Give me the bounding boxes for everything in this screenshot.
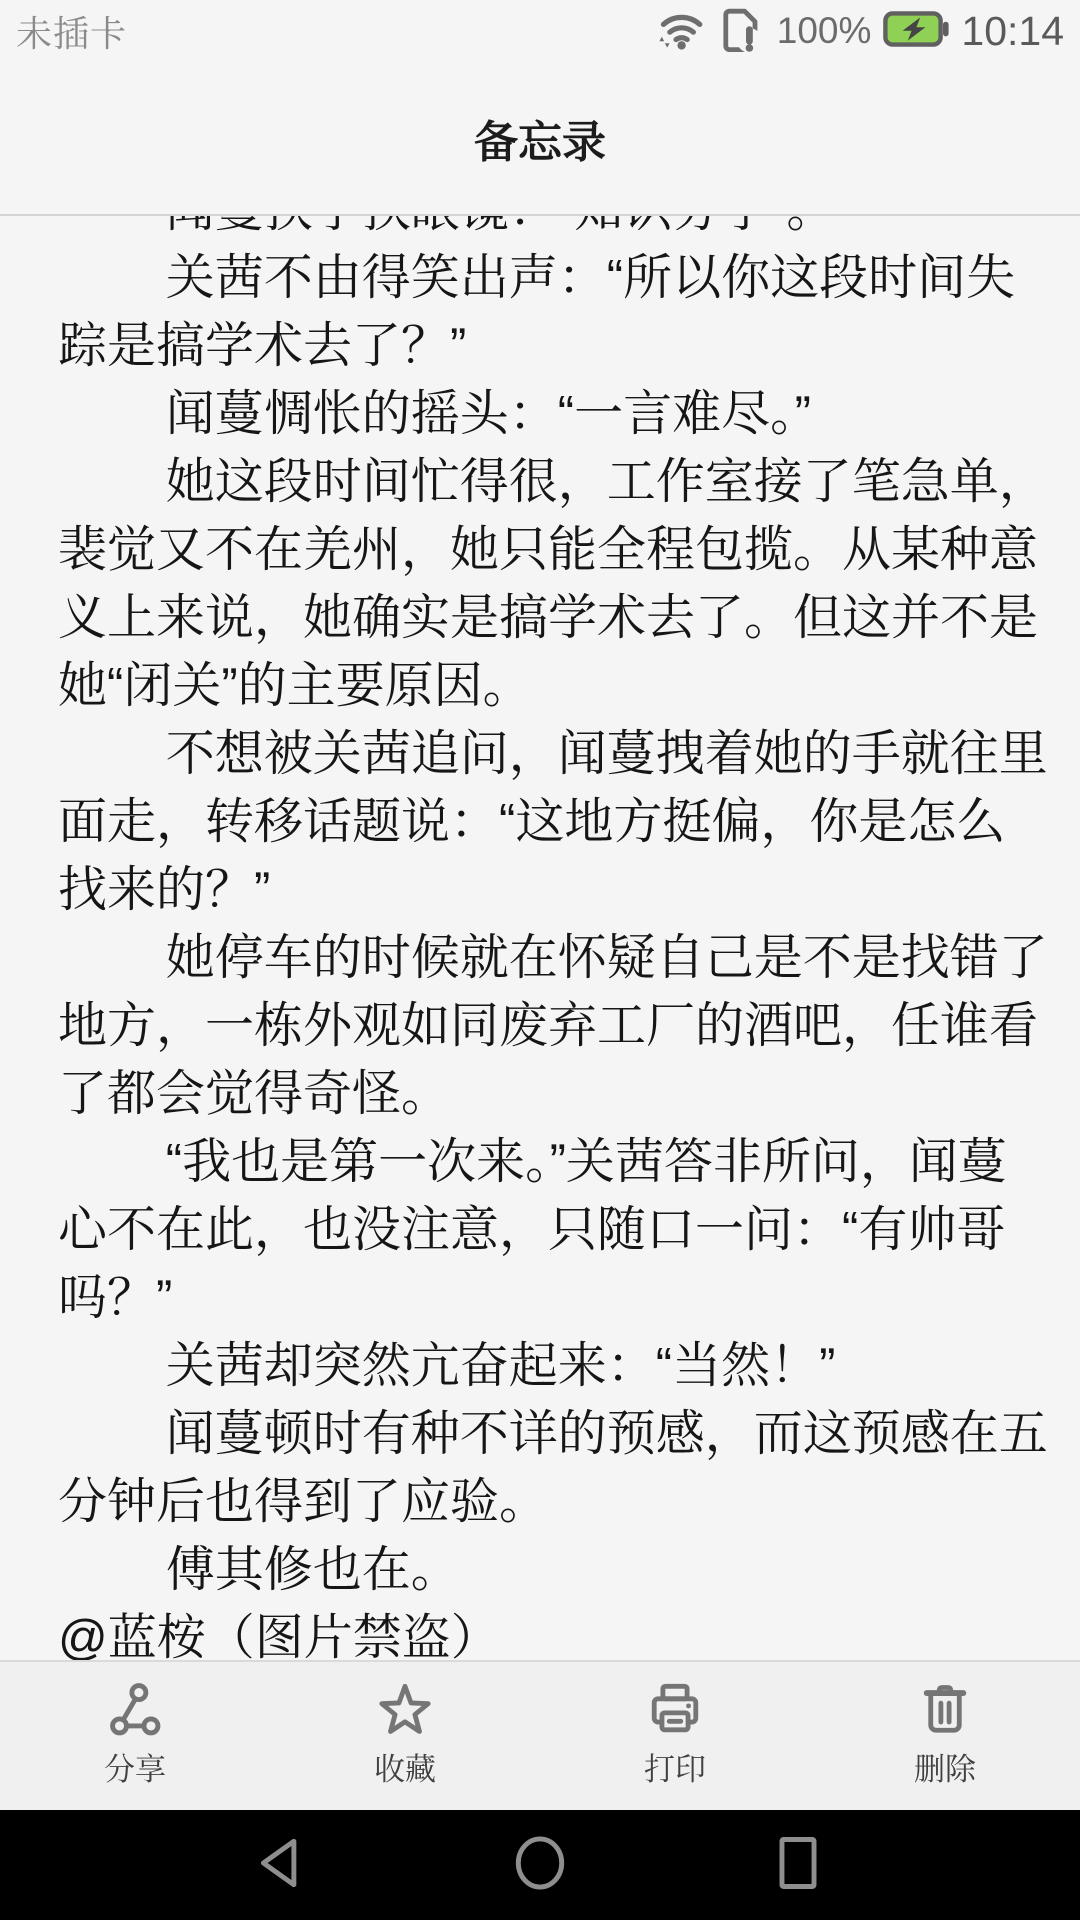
battery-charging-icon bbox=[883, 11, 949, 52]
text-line: 找来的？” bbox=[58, 856, 1058, 924]
memo-app-screen: 未插卡 bbox=[0, 0, 1080, 1920]
text-line: 分钟后也得到了应验。 bbox=[58, 1468, 1058, 1536]
app-header: 备忘录 bbox=[0, 62, 1080, 216]
back-icon bbox=[251, 1832, 313, 1899]
text-line: 不想被关茜追问，闻蔓拽着她的手就往里 bbox=[58, 720, 1058, 788]
status-bar: 未插卡 bbox=[0, 0, 1080, 62]
home-button[interactable] bbox=[505, 1830, 575, 1900]
favorite-label: 收藏 bbox=[374, 1744, 436, 1789]
print-label: 打印 bbox=[644, 1744, 706, 1789]
text-line: 闻蔓扶了扶眼镜：“知识分子”。 bbox=[58, 216, 1058, 244]
no-sim-icon bbox=[719, 4, 765, 59]
text-line: 她“闭关”的主要原因。 bbox=[58, 652, 1058, 720]
clock: 10:14 bbox=[961, 8, 1064, 55]
page-title: 备忘录 bbox=[474, 106, 606, 170]
favorite-button[interactable]: 收藏 bbox=[270, 1662, 540, 1810]
share-label: 分享 bbox=[104, 1744, 166, 1789]
text-line: 心不在此，也没注意，只随口一问：“有帅哥 bbox=[58, 1196, 1058, 1264]
trash-icon bbox=[916, 1680, 974, 1738]
text-line: @蓝桉（图片禁盗） bbox=[58, 1604, 1058, 1660]
carrier-label: 未插卡 bbox=[16, 6, 127, 57]
memo-content[interactable]: 闻蔓扶了扶眼镜：“知识分子”。关茜不由得笑出声：“所以你这段时间失踪是搞学术去了… bbox=[0, 216, 1080, 1660]
delete-label: 删除 bbox=[914, 1744, 976, 1789]
status-icons: 100% 10:14 bbox=[655, 4, 1064, 59]
text-line: 吗？” bbox=[58, 1264, 1058, 1332]
text-line: 傅其修也在。 bbox=[58, 1536, 1058, 1604]
share-button[interactable]: 分享 bbox=[0, 1662, 270, 1810]
recents-button[interactable] bbox=[763, 1830, 833, 1900]
text-line: 踪是搞学术去了？” bbox=[58, 312, 1058, 380]
text-line: 了都会觉得奇怪。 bbox=[58, 1060, 1058, 1128]
text-line: 关茜不由得笑出声：“所以你这段时间失 bbox=[58, 244, 1058, 312]
home-icon bbox=[509, 1832, 571, 1899]
text-line: 地方，一栋外观如同废弃工厂的酒吧，任谁看 bbox=[58, 992, 1058, 1060]
back-button[interactable] bbox=[247, 1830, 317, 1900]
text-line: “我也是第一次来。”关茜答非所问，闻蔓 bbox=[58, 1128, 1058, 1196]
star-icon bbox=[376, 1680, 434, 1738]
action-toolbar: 分享 收藏 打印 bbox=[0, 1660, 1080, 1810]
wifi-icon bbox=[655, 4, 707, 59]
android-nav-bar bbox=[0, 1810, 1080, 1920]
battery-percent: 100% bbox=[777, 10, 872, 52]
text-line: 闻蔓惆怅的摇头：“一言难尽。” bbox=[58, 380, 1058, 448]
text-line: 裴觉又不在羌州，她只能全程包揽。从某种意 bbox=[58, 516, 1058, 584]
share-icon bbox=[106, 1680, 164, 1738]
text-line: 她这段时间忙得很，工作室接了笔急单， bbox=[58, 448, 1058, 516]
text-line: 她停车的时候就在怀疑自己是不是找错了 bbox=[58, 924, 1058, 992]
text-line: 面走，转移话题说：“这地方挺偏，你是怎么 bbox=[58, 788, 1058, 856]
print-button[interactable]: 打印 bbox=[540, 1662, 810, 1810]
recents-icon bbox=[767, 1832, 829, 1899]
text-line: 关茜却突然亢奋起来：“当然！” bbox=[58, 1332, 1058, 1400]
text-line: 义上来说，她确实是搞学术去了。但这并不是 bbox=[58, 584, 1058, 652]
printer-icon bbox=[646, 1680, 704, 1738]
memo-text: 闻蔓扶了扶眼镜：“知识分子”。关茜不由得笑出声：“所以你这段时间失踪是搞学术去了… bbox=[58, 216, 1058, 1660]
text-line: 闻蔓顿时有种不详的预感，而这预感在五 bbox=[58, 1400, 1058, 1468]
delete-button[interactable]: 删除 bbox=[810, 1662, 1080, 1810]
